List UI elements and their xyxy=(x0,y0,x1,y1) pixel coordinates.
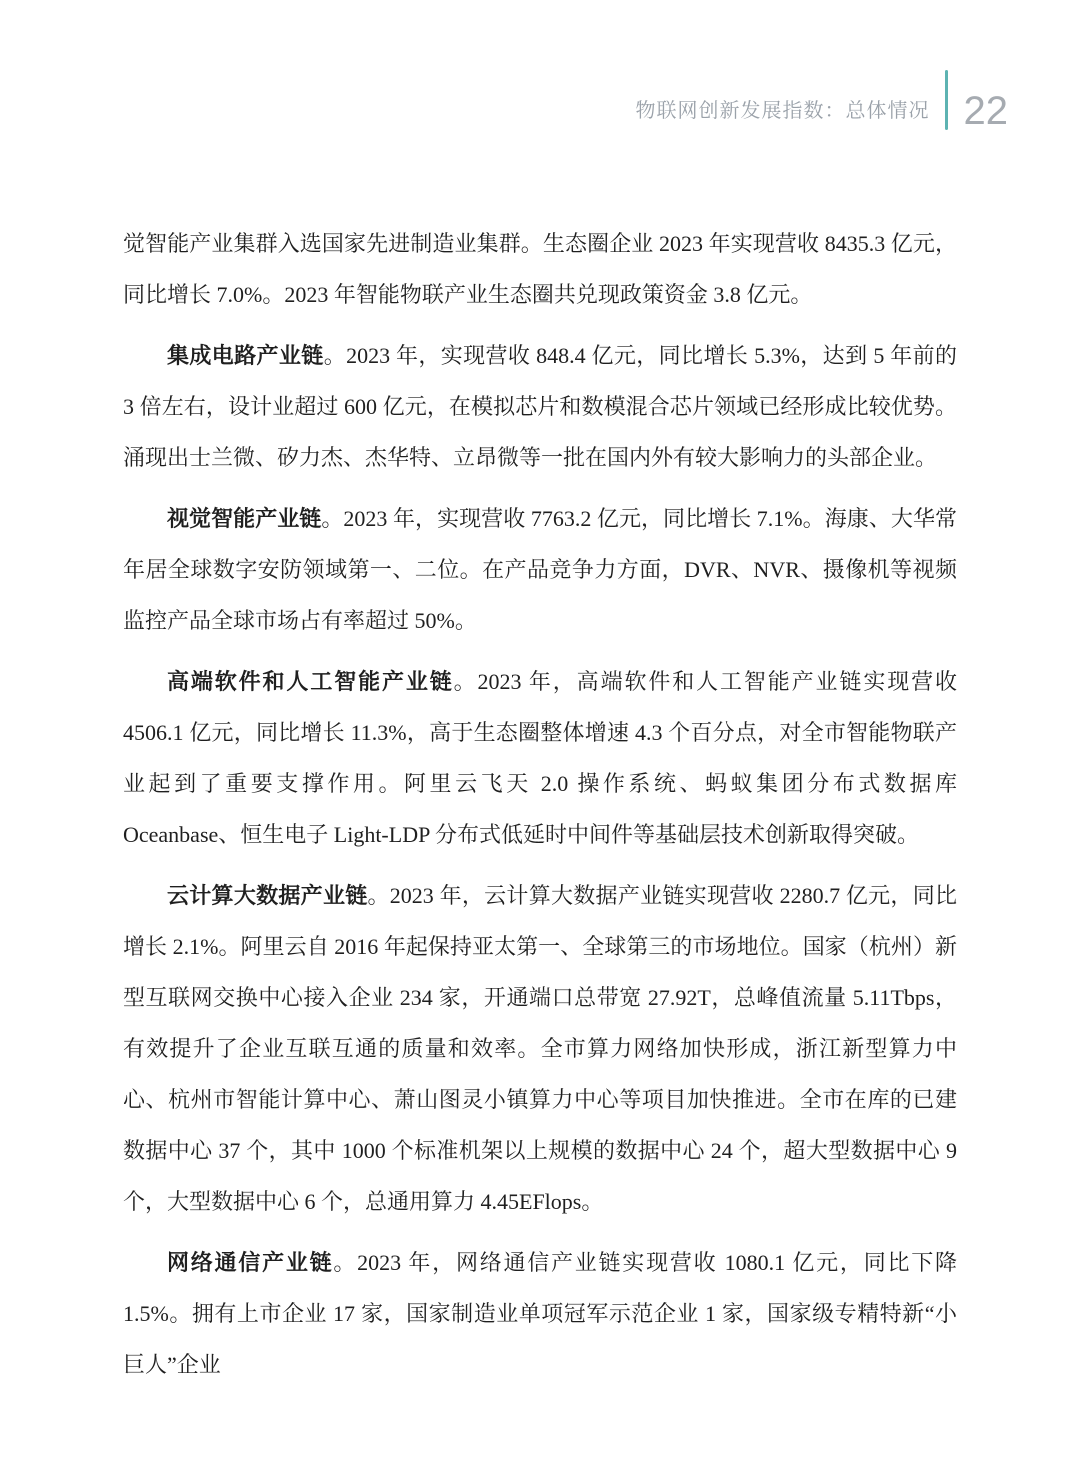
page-header: 物联网创新发展指数：总体情况 22 xyxy=(636,70,1009,130)
paragraph-lead: 云计算大数据产业链 xyxy=(167,883,368,908)
page-number: 22 xyxy=(964,92,1009,130)
paragraph-lead: 视觉智能产业链 xyxy=(167,506,321,531)
paragraph-text: 。2023 年，高端软件和人工智能产业链实现营收 4506.1 亿元，同比增长 … xyxy=(123,669,957,847)
running-header-title: 物联网创新发展指数：总体情况 xyxy=(636,94,930,130)
paragraph-lead: 集成电路产业链 xyxy=(167,343,324,368)
paragraph: 高端软件和人工智能产业链。2023 年，高端软件和人工智能产业链实现营收 450… xyxy=(123,656,957,860)
page-body: 觉智能产业集群入选国家先进制造业集群。生态圈企业 2023 年实现营收 8435… xyxy=(123,218,957,1400)
paragraph: 云计算大数据产业链。2023 年，云计算大数据产业链实现营收 2280.7 亿元… xyxy=(123,870,957,1227)
paragraph: 集成电路产业链。2023 年，实现营收 848.4 亿元，同比增长 5.3%，达… xyxy=(123,330,957,483)
paragraph: 网络通信产业链。2023 年，网络通信产业链实现营收 1080.1 亿元，同比下… xyxy=(123,1237,957,1390)
paragraph-text: 觉智能产业集群入选国家先进制造业集群。生态圈企业 2023 年实现营收 8435… xyxy=(123,231,957,307)
document-page: 物联网创新发展指数：总体情况 22 觉智能产业集群入选国家先进制造业集群。生态圈… xyxy=(0,0,1080,1466)
paragraph-text: 。2023 年，云计算大数据产业链实现营收 2280.7 亿元，同比增长 2.1… xyxy=(123,883,957,1214)
paragraph-lead: 高端软件和人工智能产业链 xyxy=(167,669,454,694)
header-divider xyxy=(945,70,948,130)
paragraph: 觉智能产业集群入选国家先进制造业集群。生态圈企业 2023 年实现营收 8435… xyxy=(123,218,957,320)
paragraph-lead: 网络通信产业链 xyxy=(167,1250,333,1275)
paragraph: 视觉智能产业链。2023 年，实现营收 7763.2 亿元，同比增长 7.1%。… xyxy=(123,493,957,646)
